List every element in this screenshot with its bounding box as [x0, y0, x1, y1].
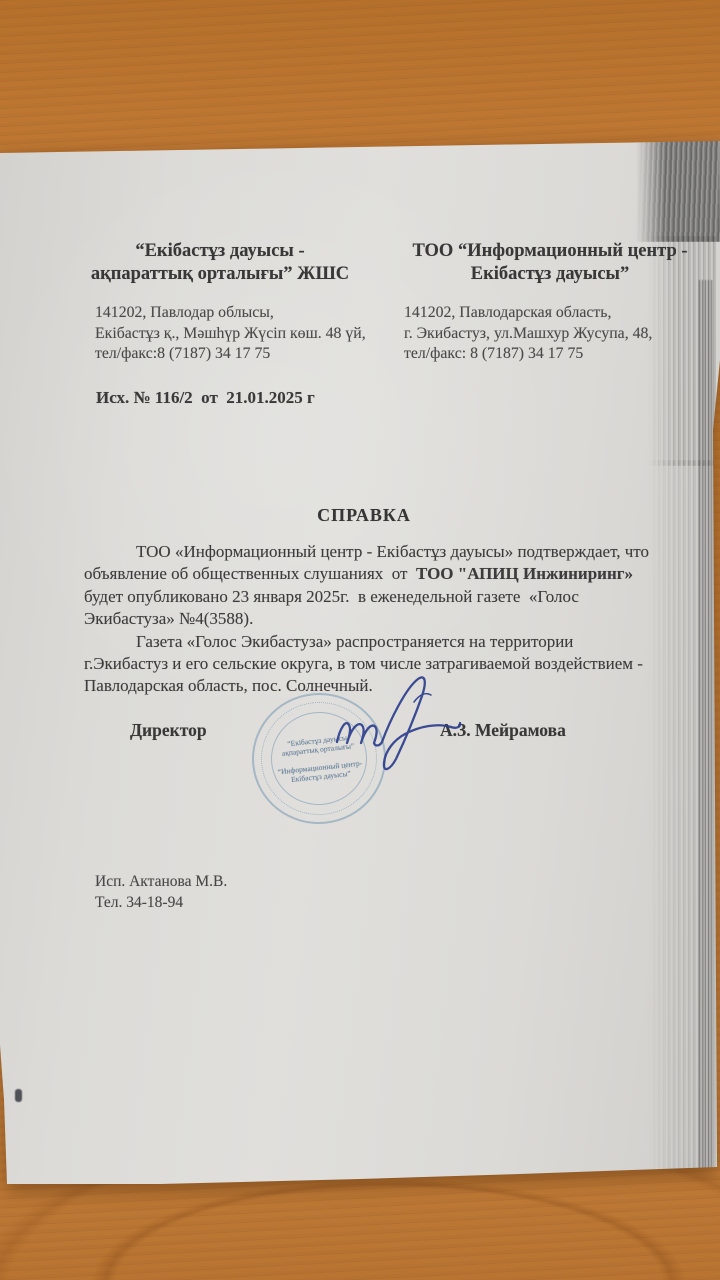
letterhead-left-org-name: “Екібастұз дауысы - ақпараттық орталығы”… — [72, 240, 368, 286]
reference-number-line: Исх. № 116/2 от 21.01.2025 г — [96, 388, 315, 408]
signature-ink — [334, 672, 466, 780]
letterhead-right-address: 141202, Павлодарская область, г. Экибаст… — [404, 303, 652, 365]
pencil-scribble-edge-line — [699, 280, 713, 1170]
pencil-scribble-top-right — [636, 138, 720, 242]
address-line: тел/факс:8 (7187) 34 17 75 — [95, 344, 366, 365]
address-line: тел/факс: 8 (7187) 34 17 75 — [404, 344, 652, 365]
body-paragraph: ТОО «Информационный центр - Екібастұз да… — [84, 541, 720, 631]
document-content: “Екібастұз дауысы - ақпараттық орталығы”… — [0, 0, 720, 1280]
body-text: будет опубликовано 23 января 2025г. в еж… — [84, 587, 579, 628]
executor-line: Исп. Актанова М.В. — [95, 872, 227, 893]
org-name-line: ТОО “Информационный центр - — [412, 241, 687, 261]
paper-edge-smudge — [15, 1089, 22, 1102]
photo-scene: “Екібастұз дауысы - ақпараттық орталығы”… — [0, 0, 720, 1280]
address-line: 141202, Павлодар облысы, — [95, 303, 366, 324]
address-line: 141202, Павлодарская область, — [404, 303, 652, 324]
address-line: г. Экибастуз, ул.Машхур Жусупа, 48, — [404, 324, 652, 345]
letterhead-left-address: 141202, Павлодар облысы, Екібастұз қ., М… — [95, 303, 366, 365]
body-text-bold: ТОО "АПИЦ Инжиниринг» — [416, 564, 633, 583]
document-title: СПРАВКА — [84, 505, 644, 526]
document-paper-wrap: “Екібастұз дауысы - ақпараттық орталығы”… — [0, 0, 720, 1280]
org-name-line: “Екібастұз дауысы - — [135, 241, 304, 261]
director-label: Директор — [130, 720, 207, 741]
executor-phone-line: Тел. 34-18-94 — [95, 893, 227, 914]
address-line: Екібастұз қ., Мәшһүр Жүсіп көш. 48 үй, — [95, 324, 366, 345]
stamp-gap — [319, 754, 320, 763]
executor-block: Исп. Актанова М.В. Тел. 34-18-94 — [95, 872, 227, 913]
org-name-line: Екібастұз дауысы” — [471, 264, 630, 284]
org-name-line: ақпараттық орталығы” ЖШС — [91, 264, 349, 284]
document-paper: “Екібастұз дауысы - ақпараттық орталығы”… — [0, 0, 720, 1280]
